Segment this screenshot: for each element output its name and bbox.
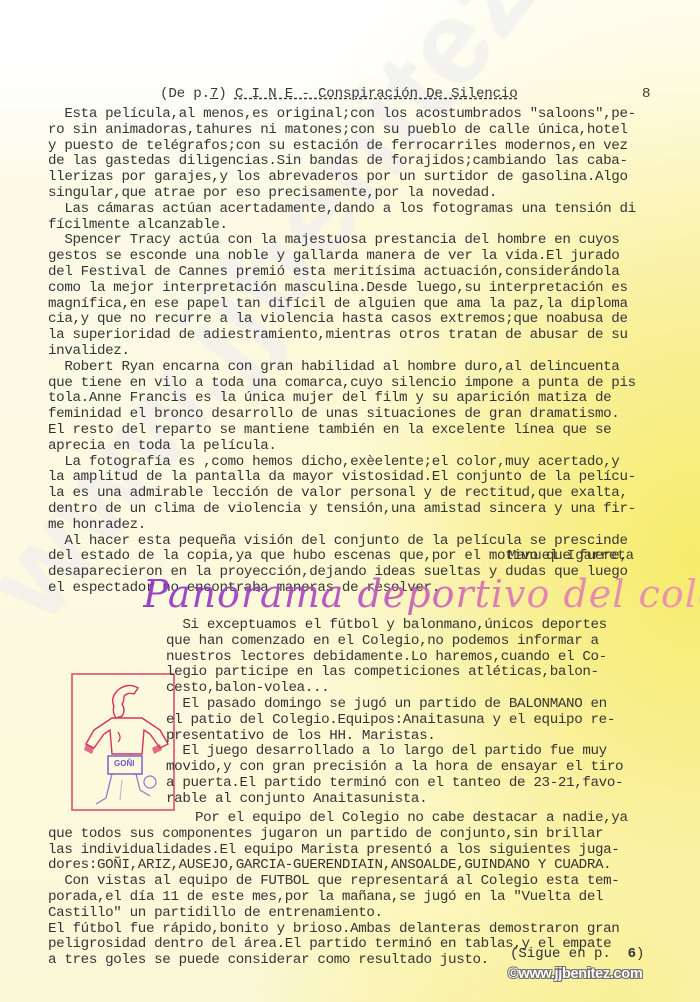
document-page: www.jjbenitez.com (De p.7) C I N E - Con… [0, 0, 700, 1002]
text-line: El fútbol fue rápido,bonito y brioso.Amb… [48, 922, 628, 938]
text-line: Las cámaras actúan acertadamente,dando a… [48, 202, 636, 218]
author-signature: Manuel Igarreta [508, 548, 634, 564]
copyright-credit: ©www.jjbenitez.com [508, 966, 642, 982]
text-line: que han comenzado en el Colegio,no podem… [166, 634, 623, 650]
cine-article-body: Esta película,al menos,es original;con l… [48, 107, 636, 597]
text-line: nuestros lectores debidamente.Lo haremos… [166, 650, 623, 666]
page-number: 8 [642, 86, 650, 102]
text-line: singular,que atrae por eso precisamente,… [48, 186, 636, 202]
text-line: Por el equipo del Colegio no cabe destac… [48, 811, 628, 827]
text-line: y puesto de telégrafos;con su estación d… [48, 139, 636, 155]
continuation-note: (Sigue en p. 6) [510, 946, 644, 962]
text-line: ro sin animadoras,tahures ni matones;con… [48, 123, 636, 139]
text-line: Robert Ryan encarna con gran habilidad a… [48, 360, 636, 376]
text-line: El resto del reparto se mantiene también… [48, 423, 636, 439]
text-line: dentro de un clima de violencia y tensió… [48, 502, 636, 518]
continuation-suffix: ) [636, 946, 644, 962]
header-prefix: (De p. [160, 86, 210, 102]
text-line: la superioridad de adiestramiento,mientr… [48, 328, 636, 344]
sports-article-body-upper: Si exceptuamos el fútbol y balonmano,úni… [166, 618, 623, 808]
text-line: rable al conjunto Anaitasunista. [166, 792, 623, 808]
text-line: llerizas por garajes,y los abrevaderos p… [48, 170, 636, 186]
page-header: (De p.7) C I N E - Conspiración De Silen… [160, 86, 680, 102]
text-line: aprecia en toda la película. [48, 439, 636, 455]
text-line: la es una admirable lección de valor per… [48, 486, 636, 502]
text-line: cesto,balon-volea... [166, 681, 623, 697]
text-line: como la mejor interpretación masculina.D… [48, 281, 636, 297]
article-title: C I N E - Conspiración De Silencio [235, 86, 518, 102]
text-line: Esta película,al menos,es original;con l… [48, 107, 636, 123]
text-line: legio participe en las competiciones atl… [166, 665, 623, 681]
text-line: El juego desarrollado a lo largo del par… [166, 744, 623, 760]
sketch-svg [70, 672, 176, 812]
text-line: que todos sus componentes jugaron un par… [48, 827, 628, 843]
football-player-sketch: GOÑI [70, 672, 176, 812]
text-line: feminidad el bronco desarrollo de unas s… [48, 407, 636, 423]
text-line: la amplitud de la pantalla da mayor vist… [48, 470, 636, 486]
text-line: el patio del Colegio.Equipos:Anaitasuna … [166, 713, 623, 729]
continuation-page: 6 [628, 946, 636, 962]
text-line: magnífica,en ese papel tan difícil de al… [48, 297, 636, 313]
text-line: movido,y con gran precisión a la hora de… [166, 760, 623, 776]
text-line: tola.Anne Francis es la única mujer del … [48, 391, 636, 407]
text-line: presentativo de los HH. Maristas. [166, 729, 623, 745]
text-line: Spencer Tracy actúa con la majestuosa pr… [48, 233, 636, 249]
text-line: Castillo" un partidillo de entrenamiento… [48, 906, 628, 922]
text-line: del Festival de Cannes premió esta merit… [48, 265, 636, 281]
text-line: que tiene en vilo a toda una comarca,cuy… [48, 376, 636, 392]
text-line: El pasado domingo se jugó un partido de … [166, 697, 623, 713]
text-line: a puerta.El partido terminó con el tante… [166, 776, 623, 792]
text-line: me honradez. [48, 518, 636, 534]
text-line: fícilmente alcanzable. [48, 218, 636, 234]
text-line: La fotografía es ,como hemos dicho,exèel… [48, 455, 636, 471]
text-line: Con vistas al equipo de FUTBOL que repre… [48, 874, 628, 890]
sports-section-title: Panorama deportivo del colegio [143, 572, 700, 616]
text-line: porada,el día 11 de este mes,por la maña… [48, 890, 628, 906]
header-prefix-page: 7 [210, 86, 218, 102]
header-prefix-close: ) [218, 86, 235, 102]
text-line: Si exceptuamos el fútbol y balonmano,úni… [166, 618, 623, 634]
text-line: gestos se esconde una noble y gallarda m… [48, 249, 636, 265]
text-line: de las gastedas diligencias.Sin bandas d… [48, 154, 636, 170]
text-line: cia,y que no recurre a la violencia hast… [48, 312, 636, 328]
text-line: dores:GOÑI,ARIZ,AUSEJO,GARCIA-GUERENDIAI… [48, 858, 628, 874]
text-line: invalidez. [48, 344, 636, 360]
text-line: Al hacer esta pequeña visión del conjunt… [48, 534, 636, 550]
continuation-prefix: (Sigue en p. [510, 946, 628, 962]
sketch-shorts-text: GOÑI [114, 759, 134, 768]
